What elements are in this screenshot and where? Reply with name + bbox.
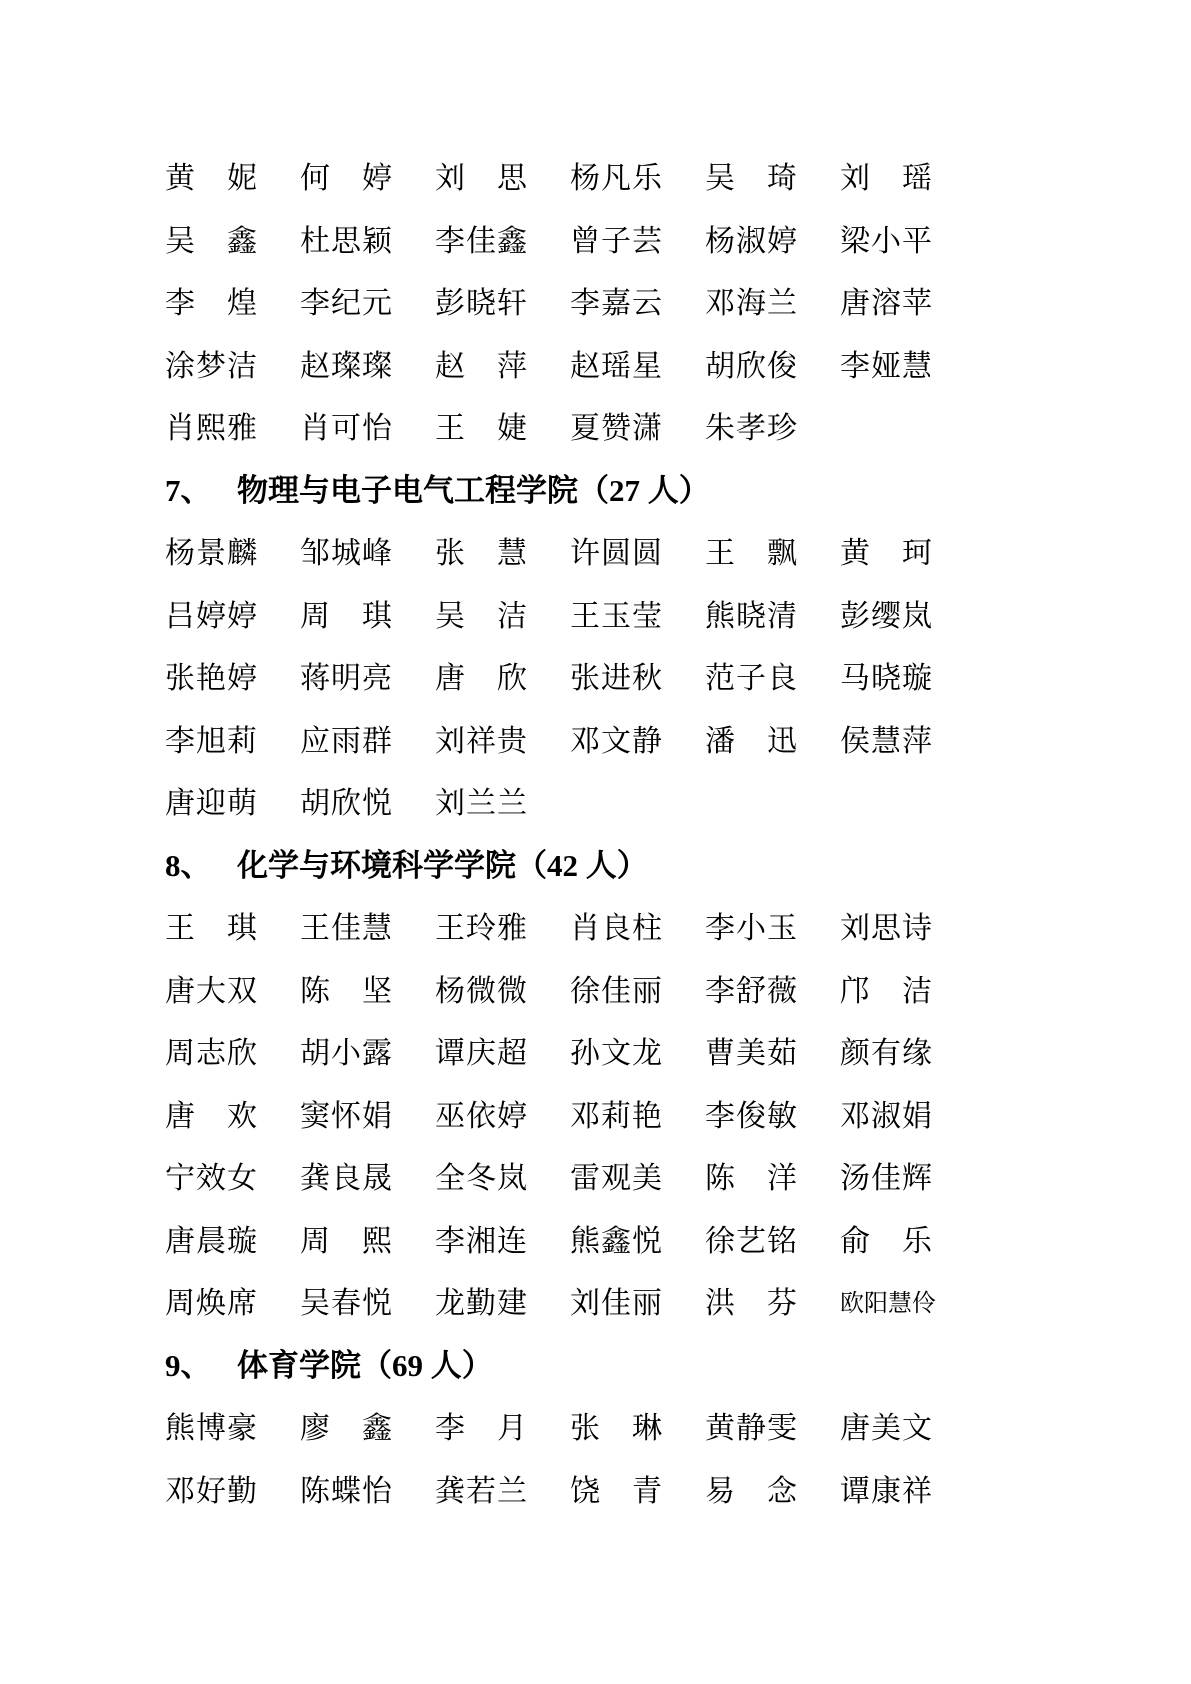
student-name: 全冬岚 bbox=[435, 1153, 532, 1197]
document-page: 黄 妮何 婷刘 思杨凡乐吴 琦刘 瑶吴 鑫杜思颖李佳鑫曾子芸杨淑婷梁小平李 煌李… bbox=[0, 0, 1191, 1684]
student-name: 彭晓轩 bbox=[435, 278, 532, 322]
name-row: 唐迎萌胡欣悦刘兰兰 bbox=[165, 769, 937, 832]
student-name: 邓海兰 bbox=[705, 278, 802, 322]
student-name: 熊晓清 bbox=[705, 591, 802, 635]
name-row: 李 煌李纪元彭晓轩李嘉云邓海兰唐溶苹 bbox=[165, 269, 937, 332]
section-heading: 8、化学与环境科学学院（42 人） bbox=[165, 832, 937, 895]
student-name: 彭缨岚 bbox=[840, 591, 937, 635]
student-name: 周 琪 bbox=[300, 591, 397, 635]
student-name: 廖 鑫 bbox=[300, 1403, 397, 1447]
student-name: 巫依婷 bbox=[435, 1091, 532, 1135]
name-row: 王 琪王佳慧王玲雅肖良柱李小玉刘思诗 bbox=[165, 894, 937, 957]
student-name: 王玉莹 bbox=[570, 591, 667, 635]
name-list-content: 黄 妮何 婷刘 思杨凡乐吴 琦刘 瑶吴 鑫杜思颖李佳鑫曾子芸杨淑婷梁小平李 煌李… bbox=[165, 144, 937, 1519]
name-row: 宁效女龚良晟全冬岚雷观美陈 洋汤佳辉 bbox=[165, 1144, 937, 1207]
student-name: 王玲雅 bbox=[435, 903, 532, 947]
student-name: 宁效女 bbox=[165, 1153, 262, 1197]
student-name: 杜思颖 bbox=[300, 216, 397, 260]
student-name: 侯慧萍 bbox=[840, 716, 937, 760]
student-name: 吴 琦 bbox=[705, 153, 802, 197]
student-name: 刘祥贵 bbox=[435, 716, 532, 760]
student-name: 李 煌 bbox=[165, 278, 262, 322]
student-name: 邹城峰 bbox=[300, 528, 397, 572]
student-name: 熊鑫悦 bbox=[570, 1216, 667, 1260]
student-name: 肖可怡 bbox=[300, 403, 397, 447]
student-name: 许圆圆 bbox=[570, 528, 667, 572]
student-name: 夏赞潇 bbox=[570, 403, 667, 447]
student-name: 刘 思 bbox=[435, 153, 532, 197]
student-name: 梁小平 bbox=[840, 216, 937, 260]
name-row: 张艳婷蒋明亮唐 欣张进秋范子良马晓璇 bbox=[165, 644, 937, 707]
student-name: 周 熙 bbox=[300, 1216, 397, 1260]
student-name: 赵瑶星 bbox=[570, 341, 667, 385]
student-name: 马晓璇 bbox=[840, 653, 937, 697]
student-name: 刘兰兰 bbox=[435, 778, 532, 822]
student-name: 张 慧 bbox=[435, 528, 532, 572]
student-name: 李舒薇 bbox=[705, 966, 802, 1010]
name-row: 邓好勤陈蝶怡龚若兰饶 青易 念谭康祥 bbox=[165, 1457, 937, 1520]
section-number: 8、 bbox=[165, 840, 237, 885]
student-name: 杨微微 bbox=[435, 966, 532, 1010]
student-name: 俞 乐 bbox=[840, 1216, 937, 1260]
student-name: 肖良柱 bbox=[570, 903, 667, 947]
student-name: 赵璨璨 bbox=[300, 341, 397, 385]
student-name: 唐美文 bbox=[840, 1403, 937, 1447]
name-row: 唐大双陈 坚杨微微徐佳丽李舒薇邝 洁 bbox=[165, 957, 937, 1020]
student-name: 唐 欢 bbox=[165, 1091, 262, 1135]
student-name: 刘 瑶 bbox=[840, 153, 937, 197]
student-name: 徐佳丽 bbox=[570, 966, 667, 1010]
student-name: 应雨群 bbox=[300, 716, 397, 760]
student-name: 龚若兰 bbox=[435, 1466, 532, 1510]
student-name: 涂梦洁 bbox=[165, 341, 262, 385]
student-name: 黄 妮 bbox=[165, 153, 262, 197]
name-row: 熊博豪廖 鑫李 月张 琳黄静雯唐美文 bbox=[165, 1394, 937, 1457]
student-name: 邓好勤 bbox=[165, 1466, 262, 1510]
student-name: 易 念 bbox=[705, 1466, 802, 1510]
student-name: 窦怀娟 bbox=[300, 1091, 397, 1135]
student-name: 周焕席 bbox=[165, 1278, 262, 1322]
student-name: 吴 鑫 bbox=[165, 216, 262, 260]
student-name: 王佳慧 bbox=[300, 903, 397, 947]
student-name: 陈蝶怡 bbox=[300, 1466, 397, 1510]
student-name: 欧阳慧伶 bbox=[840, 1283, 937, 1318]
student-name: 吴 洁 bbox=[435, 591, 532, 635]
section-title: 体育学院（69 人） bbox=[237, 1340, 493, 1385]
student-name: 杨淑婷 bbox=[705, 216, 802, 260]
section-heading: 9、体育学院（69 人） bbox=[165, 1332, 937, 1395]
name-row: 杨景麟邹城峰张 慧许圆圆王 飘黄 珂 bbox=[165, 519, 937, 582]
student-name: 曾子芸 bbox=[570, 216, 667, 260]
student-name: 唐迎萌 bbox=[165, 778, 262, 822]
student-name: 谭庆超 bbox=[435, 1028, 532, 1072]
student-name: 潘 迅 bbox=[705, 716, 802, 760]
section-number: 7、 bbox=[165, 465, 237, 510]
student-name: 谭康祥 bbox=[840, 1466, 937, 1510]
student-name: 陈 坚 bbox=[300, 966, 397, 1010]
student-name: 洪 芬 bbox=[705, 1278, 802, 1322]
student-name: 邓文静 bbox=[570, 716, 667, 760]
student-name: 黄 珂 bbox=[840, 528, 937, 572]
student-name: 唐溶苹 bbox=[840, 278, 937, 322]
student-name: 王 婕 bbox=[435, 403, 532, 447]
student-name: 赵 萍 bbox=[435, 341, 532, 385]
student-name: 唐 欣 bbox=[435, 653, 532, 697]
student-name: 唐大双 bbox=[165, 966, 262, 1010]
student-name: 颜有缘 bbox=[840, 1028, 937, 1072]
student-name: 雷观美 bbox=[570, 1153, 667, 1197]
student-name: 邓淑娟 bbox=[840, 1091, 937, 1135]
student-name: 李俊敏 bbox=[705, 1091, 802, 1135]
student-name: 朱孝珍 bbox=[705, 403, 802, 447]
student-name: 李 月 bbox=[435, 1403, 532, 1447]
name-row: 吕婷婷周 琪吴 洁王玉莹熊晓清彭缨岚 bbox=[165, 582, 937, 645]
student-name: 范子良 bbox=[705, 653, 802, 697]
name-row: 唐晨璇周 熙李湘连熊鑫悦徐艺铭俞 乐 bbox=[165, 1207, 937, 1270]
student-name: 杨景麟 bbox=[165, 528, 262, 572]
student-name: 李小玉 bbox=[705, 903, 802, 947]
student-name: 吕婷婷 bbox=[165, 591, 262, 635]
name-row: 周焕席吴春悦龙勤建刘佳丽洪 芬欧阳慧伶 bbox=[165, 1269, 937, 1332]
student-name: 龚良晟 bbox=[300, 1153, 397, 1197]
student-name: 曹美茹 bbox=[705, 1028, 802, 1072]
name-row: 周志欣胡小露谭庆超孙文龙曹美茹颜有缘 bbox=[165, 1019, 937, 1082]
name-row: 肖熙雅肖可怡王 婕夏赞潇朱孝珍 bbox=[165, 394, 937, 457]
student-name: 李佳鑫 bbox=[435, 216, 532, 260]
student-name: 李湘连 bbox=[435, 1216, 532, 1260]
student-name: 徐艺铭 bbox=[705, 1216, 802, 1260]
student-name: 杨凡乐 bbox=[570, 153, 667, 197]
student-name: 唐晨璇 bbox=[165, 1216, 262, 1260]
student-name: 汤佳辉 bbox=[840, 1153, 937, 1197]
section-number: 9、 bbox=[165, 1340, 237, 1385]
name-row: 吴 鑫杜思颖李佳鑫曾子芸杨淑婷梁小平 bbox=[165, 207, 937, 270]
student-name: 李嘉云 bbox=[570, 278, 667, 322]
name-row: 黄 妮何 婷刘 思杨凡乐吴 琦刘 瑶 bbox=[165, 144, 937, 207]
name-row: 李旭莉应雨群刘祥贵邓文静潘 迅侯慧萍 bbox=[165, 707, 937, 770]
student-name: 周志欣 bbox=[165, 1028, 262, 1072]
student-name: 邝 洁 bbox=[840, 966, 937, 1010]
section-title: 物理与电子电气工程学院（27 人） bbox=[237, 465, 710, 510]
section-title: 化学与环境科学学院（42 人） bbox=[237, 840, 648, 885]
student-name: 李纪元 bbox=[300, 278, 397, 322]
student-name: 胡欣俊 bbox=[705, 341, 802, 385]
student-name: 孙文龙 bbox=[570, 1028, 667, 1072]
student-name: 李旭莉 bbox=[165, 716, 262, 760]
student-name: 龙勤建 bbox=[435, 1278, 532, 1322]
name-row: 涂梦洁赵璨璨赵 萍赵瑶星胡欣俊李娅慧 bbox=[165, 332, 937, 395]
student-name: 蒋明亮 bbox=[300, 653, 397, 697]
student-name: 张进秋 bbox=[570, 653, 667, 697]
student-name: 王 飘 bbox=[705, 528, 802, 572]
student-name: 饶 青 bbox=[570, 1466, 667, 1510]
student-name: 张 琳 bbox=[570, 1403, 667, 1447]
student-name: 刘佳丽 bbox=[570, 1278, 667, 1322]
student-name: 李娅慧 bbox=[840, 341, 937, 385]
student-name: 邓莉艳 bbox=[570, 1091, 667, 1135]
student-name: 吴春悦 bbox=[300, 1278, 397, 1322]
student-name: 肖熙雅 bbox=[165, 403, 262, 447]
student-name: 胡欣悦 bbox=[300, 778, 397, 822]
student-name: 张艳婷 bbox=[165, 653, 262, 697]
student-name: 陈 洋 bbox=[705, 1153, 802, 1197]
student-name: 何 婷 bbox=[300, 153, 397, 197]
student-name: 刘思诗 bbox=[840, 903, 937, 947]
student-name: 胡小露 bbox=[300, 1028, 397, 1072]
student-name: 王 琪 bbox=[165, 903, 262, 947]
student-name: 熊博豪 bbox=[165, 1403, 262, 1447]
name-row: 唐 欢窦怀娟巫依婷邓莉艳李俊敏邓淑娟 bbox=[165, 1082, 937, 1145]
section-heading: 7、物理与电子电气工程学院（27 人） bbox=[165, 457, 937, 520]
student-name: 黄静雯 bbox=[705, 1403, 802, 1447]
